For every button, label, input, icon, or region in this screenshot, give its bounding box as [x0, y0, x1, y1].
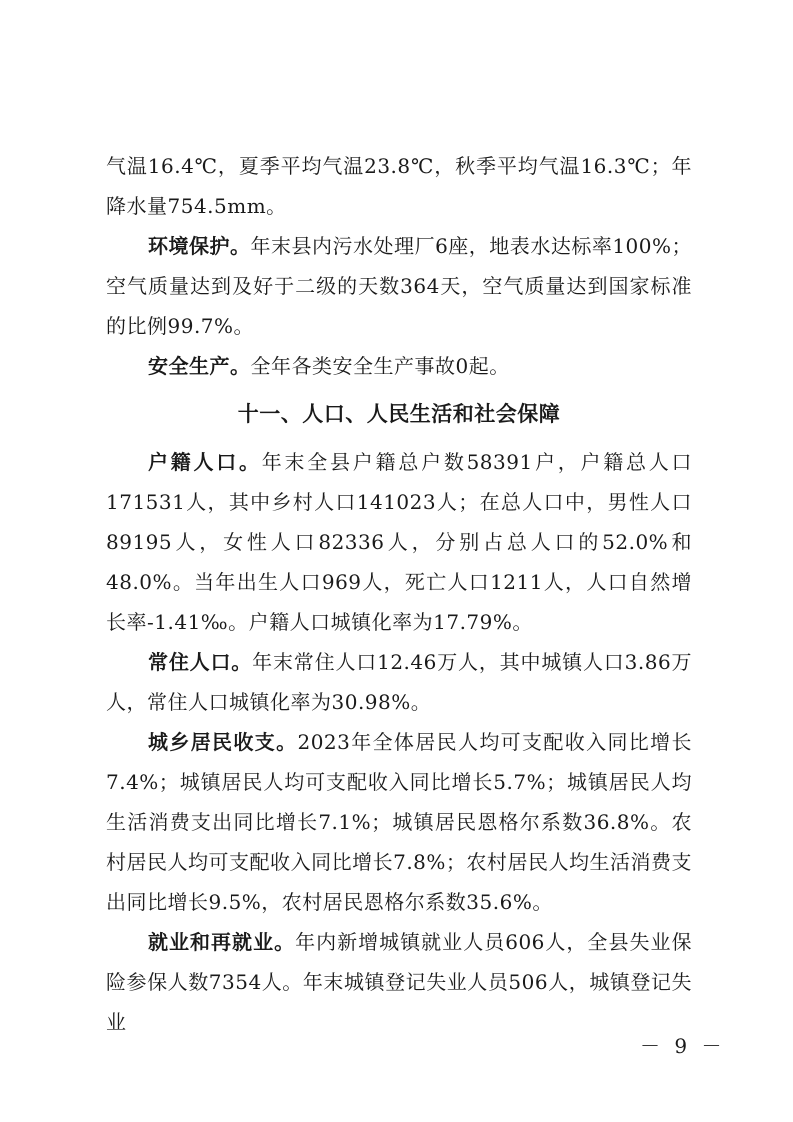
paragraph-employment: 就业和再就业。年内新增城镇就业人员606人，全县失业保险参保人数7354人。年末…	[106, 922, 692, 1042]
page-number: － 9 －	[640, 1030, 725, 1059]
paragraph-resident-population: 常住人口。年末常住人口12.46万人，其中城镇人口3.86万人，常住人口城镇化率…	[106, 642, 692, 722]
paragraph-text: 气温16.4℃，夏季平均气温23.8℃，秋季平均气温16.3℃；年降水量754.…	[106, 154, 692, 218]
paragraph-climate: 气温16.4℃，夏季平均气温23.8℃，秋季平均气温16.3℃；年降水量754.…	[106, 146, 692, 226]
paragraph-lead: 就业和再就业。	[148, 930, 295, 954]
paragraph-text: 年末全县户籍总户数58391户，户籍总人口171531人，其中乡村人口14102…	[106, 450, 692, 634]
paragraph-safety: 安全生产。全年各类安全生产事故0起。	[106, 346, 692, 386]
document-body: 气温16.4℃，夏季平均气温23.8℃，秋季平均气温16.3℃；年降水量754.…	[106, 146, 692, 1042]
paragraph-lead: 常住人口。	[148, 650, 252, 674]
paragraph-text: 2023年全体居民人均可支配收入同比增长7.4%；城镇居民人均可支配收入同比增长…	[106, 730, 692, 914]
paragraph-lead: 安全生产。	[148, 354, 251, 378]
paragraph-text: 全年各类安全生产事故0起。	[251, 354, 510, 378]
section-heading: 十一、人口、人民生活和社会保障	[106, 394, 692, 434]
paragraph-lead: 环境保护。	[148, 234, 251, 258]
paragraph-lead: 户籍人口。	[148, 450, 262, 474]
paragraph-environment: 环境保护。年末县内污水处理厂6座，地表水达标率100%；空气质量达到及好于二级的…	[106, 226, 692, 346]
paragraph-registered-population: 户籍人口。年末全县户籍总户数58391户，户籍总人口171531人，其中乡村人口…	[106, 442, 692, 642]
paragraph-income-expenditure: 城乡居民收支。2023年全体居民人均可支配收入同比增长7.4%；城镇居民人均可支…	[106, 722, 692, 922]
paragraph-lead: 城乡居民收支。	[148, 730, 297, 754]
